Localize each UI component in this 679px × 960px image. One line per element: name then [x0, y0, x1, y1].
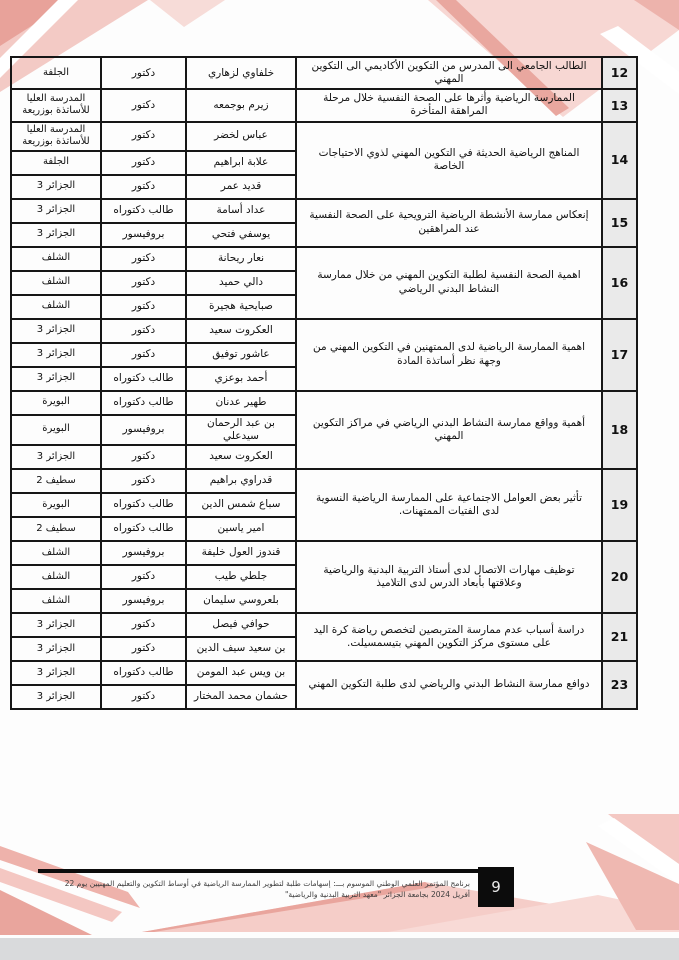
author-institution: الجزائر 3: [11, 637, 101, 661]
author-name: عاشور توفيق: [186, 343, 296, 367]
author-degree: دكتور: [101, 469, 186, 493]
program-table-container: 12الطالب الجامعي الى المدرس من التكوين ا…: [10, 56, 636, 710]
footer-separator-line: [38, 869, 478, 873]
author-degree: طالب دكتوراه: [101, 367, 186, 391]
author-degree: دكتور: [101, 685, 186, 709]
author-name: جلطي طيب: [186, 565, 296, 589]
author-name: بن ويس عبد المومن: [186, 661, 296, 685]
author-name: دالي حميد: [186, 271, 296, 295]
author-institution: الجزائر 3: [11, 343, 101, 367]
author-institution: الشلف: [11, 541, 101, 565]
author-degree: دكتور: [101, 89, 186, 121]
author-degree: دكتور: [101, 271, 186, 295]
author-degree: دكتور: [101, 613, 186, 637]
program-table: 12الطالب الجامعي الى المدرس من التكوين ا…: [10, 56, 638, 710]
author-degree: طالب دكتوراه: [101, 661, 186, 685]
author-degree: دكتور: [101, 175, 186, 199]
session-number: 13: [602, 89, 637, 121]
author-degree: دكتور: [101, 122, 186, 151]
table-row: 17اهمية الممارسة الرياضية لدى الممتهنين …: [11, 319, 637, 343]
author-name: العكروت سعيد: [186, 319, 296, 343]
author-name: حوافي فيصل: [186, 613, 296, 637]
author-degree: دكتور: [101, 151, 186, 175]
author-name: العكروت سعيد: [186, 445, 296, 469]
author-institution: البويرة: [11, 493, 101, 517]
table-row: 20توظيف مهارات الاتصال لدى أستاذ التربية…: [11, 541, 637, 565]
session-number: 17: [602, 319, 637, 391]
author-name: نعار ريحانة: [186, 247, 296, 271]
table-row: 14المناهج الرياضية الحديثة في التكوين ال…: [11, 122, 637, 151]
author-name: طهير عدنان: [186, 391, 296, 415]
author-institution: الجزائر 3: [11, 367, 101, 391]
author-institution: سطيف 2: [11, 517, 101, 541]
table-row: 23دوافع ممارسة النشاط البدني والرياضي لد…: [11, 661, 637, 685]
scanned-document-page: { "page": { "number": "9", "footer_text"…: [0, 0, 679, 960]
table-row: 12الطالب الجامعي الى المدرس من التكوين ا…: [11, 57, 637, 89]
table-row: 21دراسة أسباب عدم ممارسة المتربصين لتخصص…: [11, 613, 637, 637]
author-institution: الشلف: [11, 565, 101, 589]
paper-title: تأثير بعض العوامل الاجتماعية على الممارس…: [296, 469, 602, 541]
author-name: علابة ابراهيم: [186, 151, 296, 175]
author-name: قديد عمر: [186, 175, 296, 199]
decoration-shape: [150, 0, 225, 27]
author-institution: الجزائر 3: [11, 223, 101, 247]
author-institution: الجزائر 3: [11, 199, 101, 223]
author-degree: طالب دكتوراه: [101, 199, 186, 223]
author-degree: دكتور: [101, 445, 186, 469]
author-institution: الجلفة: [11, 57, 101, 89]
author-name: بن سعيد سيف الدين: [186, 637, 296, 661]
author-institution: البويرة: [11, 415, 101, 445]
footer-note: برنامج المؤتمر العلمي الوطني الموسوم بــ…: [55, 878, 470, 900]
author-name: قدراوي براهيم: [186, 469, 296, 493]
session-number: 15: [602, 199, 637, 247]
session-number: 14: [602, 122, 637, 199]
paper-title: المناهج الرياضية الحديثة في التكوين المه…: [296, 122, 602, 199]
session-number: 21: [602, 613, 637, 661]
author-institution: الجزائر 3: [11, 613, 101, 637]
author-institution: الجزائر 3: [11, 685, 101, 709]
table-row: 15إنعكاس ممارسة الأنشطة الرياضية الترويح…: [11, 199, 637, 223]
author-degree: بروفيسور: [101, 415, 186, 445]
author-degree: دكتور: [101, 565, 186, 589]
author-institution: المدرسة العليا للأساتذة بوزريعة: [11, 89, 101, 121]
paper-title: اهمية الصحة النفسية لطلبة التكوين المهني…: [296, 247, 602, 319]
session-number: 16: [602, 247, 637, 319]
author-name: قندوز العول خليفة: [186, 541, 296, 565]
author-institution: الجزائر 3: [11, 445, 101, 469]
author-name: أحمد بوعزي: [186, 367, 296, 391]
paper-title: إنعكاس ممارسة الأنشطة الرياضية الترويحية…: [296, 199, 602, 247]
author-name: عداد أسامة: [186, 199, 296, 223]
page-number-badge: 9: [478, 867, 514, 907]
session-number: 12: [602, 57, 637, 89]
author-institution: الشلف: [11, 589, 101, 613]
author-name: حشمان محمد المختار: [186, 685, 296, 709]
photo-edge-strip: [0, 938, 679, 960]
author-institution: الشلف: [11, 271, 101, 295]
paper-title: دراسة أسباب عدم ممارسة المتربصين لتخصص ر…: [296, 613, 602, 661]
author-degree: دكتور: [101, 343, 186, 367]
author-degree: طالب دكتوراه: [101, 493, 186, 517]
paper-title: توظيف مهارات الاتصال لدى أستاذ التربية ا…: [296, 541, 602, 613]
author-degree: بروفيسور: [101, 223, 186, 247]
author-institution: الجزائر 3: [11, 661, 101, 685]
author-institution: المدرسة العليا للأساتذة بوزريعة: [11, 122, 101, 151]
author-name: خلفاوي لزهاري: [186, 57, 296, 89]
author-degree: دكتور: [101, 247, 186, 271]
paper-title: أهمية وواقع ممارسة النشاط البدني الرياضي…: [296, 391, 602, 469]
paper-title: اهمية الممارسة الرياضية لدى الممتهنين في…: [296, 319, 602, 391]
author-name: سباع شمس الدين: [186, 493, 296, 517]
author-institution: الشلف: [11, 295, 101, 319]
author-name: يوسفي فتحي: [186, 223, 296, 247]
author-degree: دكتور: [101, 295, 186, 319]
author-name: عباس لخضر: [186, 122, 296, 151]
author-name: زيرم بوجمعه: [186, 89, 296, 121]
table-row: 19تأثير بعض العوامل الاجتماعية على المما…: [11, 469, 637, 493]
author-name: بن عبد الرحمان سيدعلي: [186, 415, 296, 445]
session-number: 23: [602, 661, 637, 709]
author-institution: سطيف 2: [11, 469, 101, 493]
session-number: 19: [602, 469, 637, 541]
table-row: 13الممارسة الرياضية وأثرها على الصحة الن…: [11, 89, 637, 121]
program-table-body: 12الطالب الجامعي الى المدرس من التكوين ا…: [11, 57, 637, 709]
author-institution: الجلفة: [11, 151, 101, 175]
session-number: 18: [602, 391, 637, 469]
session-number: 20: [602, 541, 637, 613]
author-degree: طالب دكتوراه: [101, 391, 186, 415]
author-degree: طالب دكتوراه: [101, 517, 186, 541]
table-row: 16اهمية الصحة النفسية لطلبة التكوين المه…: [11, 247, 637, 271]
author-degree: بروفيسور: [101, 541, 186, 565]
author-institution: البويرة: [11, 391, 101, 415]
author-name: امير ياسين: [186, 517, 296, 541]
paper-title: الطالب الجامعي الى المدرس من التكوين الأ…: [296, 57, 602, 89]
author-name: صبايحية هجيرة: [186, 295, 296, 319]
page-number: 9: [491, 878, 501, 896]
author-degree: دكتور: [101, 637, 186, 661]
author-institution: الجزائر 3: [11, 175, 101, 199]
table-row: 18أهمية وواقع ممارسة النشاط البدني الريا…: [11, 391, 637, 415]
author-institution: الشلف: [11, 247, 101, 271]
paper-title: دوافع ممارسة النشاط البدني والرياضي لدى …: [296, 661, 602, 709]
author-degree: دكتور: [101, 57, 186, 89]
author-institution: الجزائر 3: [11, 319, 101, 343]
paper-title: الممارسة الرياضية وأثرها على الصحة النفس…: [296, 89, 602, 121]
author-name: بلعروسي سليمان: [186, 589, 296, 613]
author-degree: بروفيسور: [101, 589, 186, 613]
author-degree: دكتور: [101, 319, 186, 343]
